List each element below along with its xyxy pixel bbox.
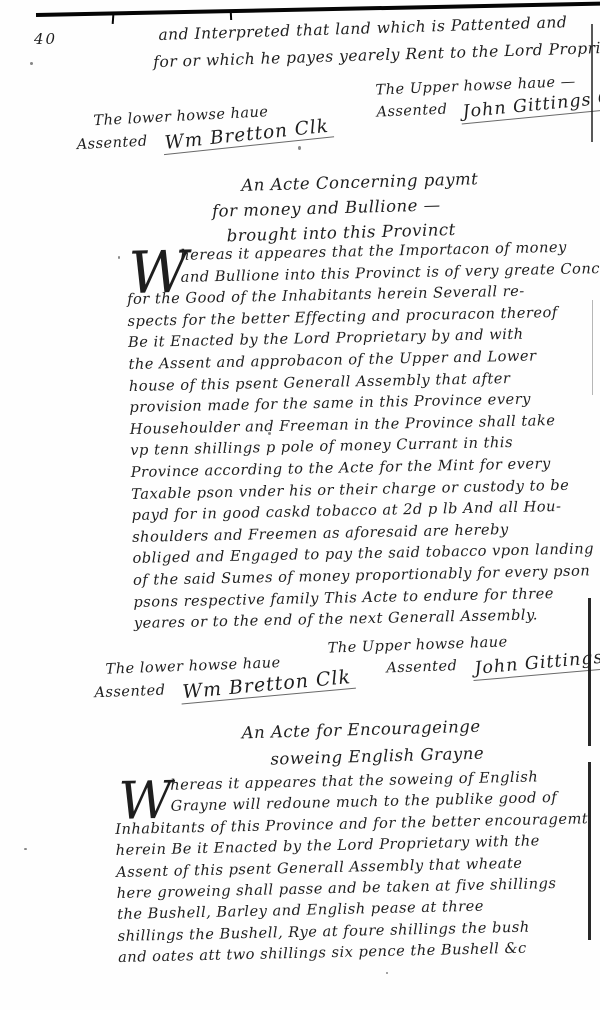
page-number: 40 xyxy=(34,30,57,48)
scan-speckle xyxy=(298,146,301,150)
act2-drop-cap-initial: W xyxy=(118,775,173,828)
act2-text-lines: hereas it appeares that the soweing of E… xyxy=(114,765,591,968)
scan-speckle xyxy=(24,848,27,850)
scan-artifact-tick xyxy=(112,15,115,24)
act1-drop-cap-initial: W xyxy=(128,243,189,302)
act1-body: W hereas it appeares that the Importacon… xyxy=(126,235,600,635)
scan-speckle xyxy=(118,256,120,259)
assented-word: Assented xyxy=(386,658,457,676)
opening-fragment: and Interpreted that land which is Patte… xyxy=(158,8,600,76)
act2-body: W hereas it appeares that the soweing of… xyxy=(114,765,591,968)
act2-title: An Acte for Encourageingesoweing English… xyxy=(241,713,484,774)
assented-word: Assented xyxy=(376,102,448,121)
upper-house-attestation-top: The Upper howse haue — Assented John Git… xyxy=(375,70,600,123)
scan-speckle xyxy=(386,972,388,974)
assented-word: Assented xyxy=(94,683,166,702)
manuscript-page: 40 and Interpreted that land which is Pa… xyxy=(0,0,600,1010)
act1-text-lines: hereas it appeares that the Importacon o… xyxy=(126,235,600,635)
lower-house-attestation-mid: The lower howse haue Assented Wm Bretton… xyxy=(105,651,356,703)
act1-title: An Acte Concerning paymtfor money and Bu… xyxy=(211,166,480,248)
upper-house-attestation-mid: The Upper howse haue Assented John Gitti… xyxy=(327,628,600,681)
scan-speckle xyxy=(30,62,33,65)
assented-word: Assented xyxy=(76,133,148,153)
